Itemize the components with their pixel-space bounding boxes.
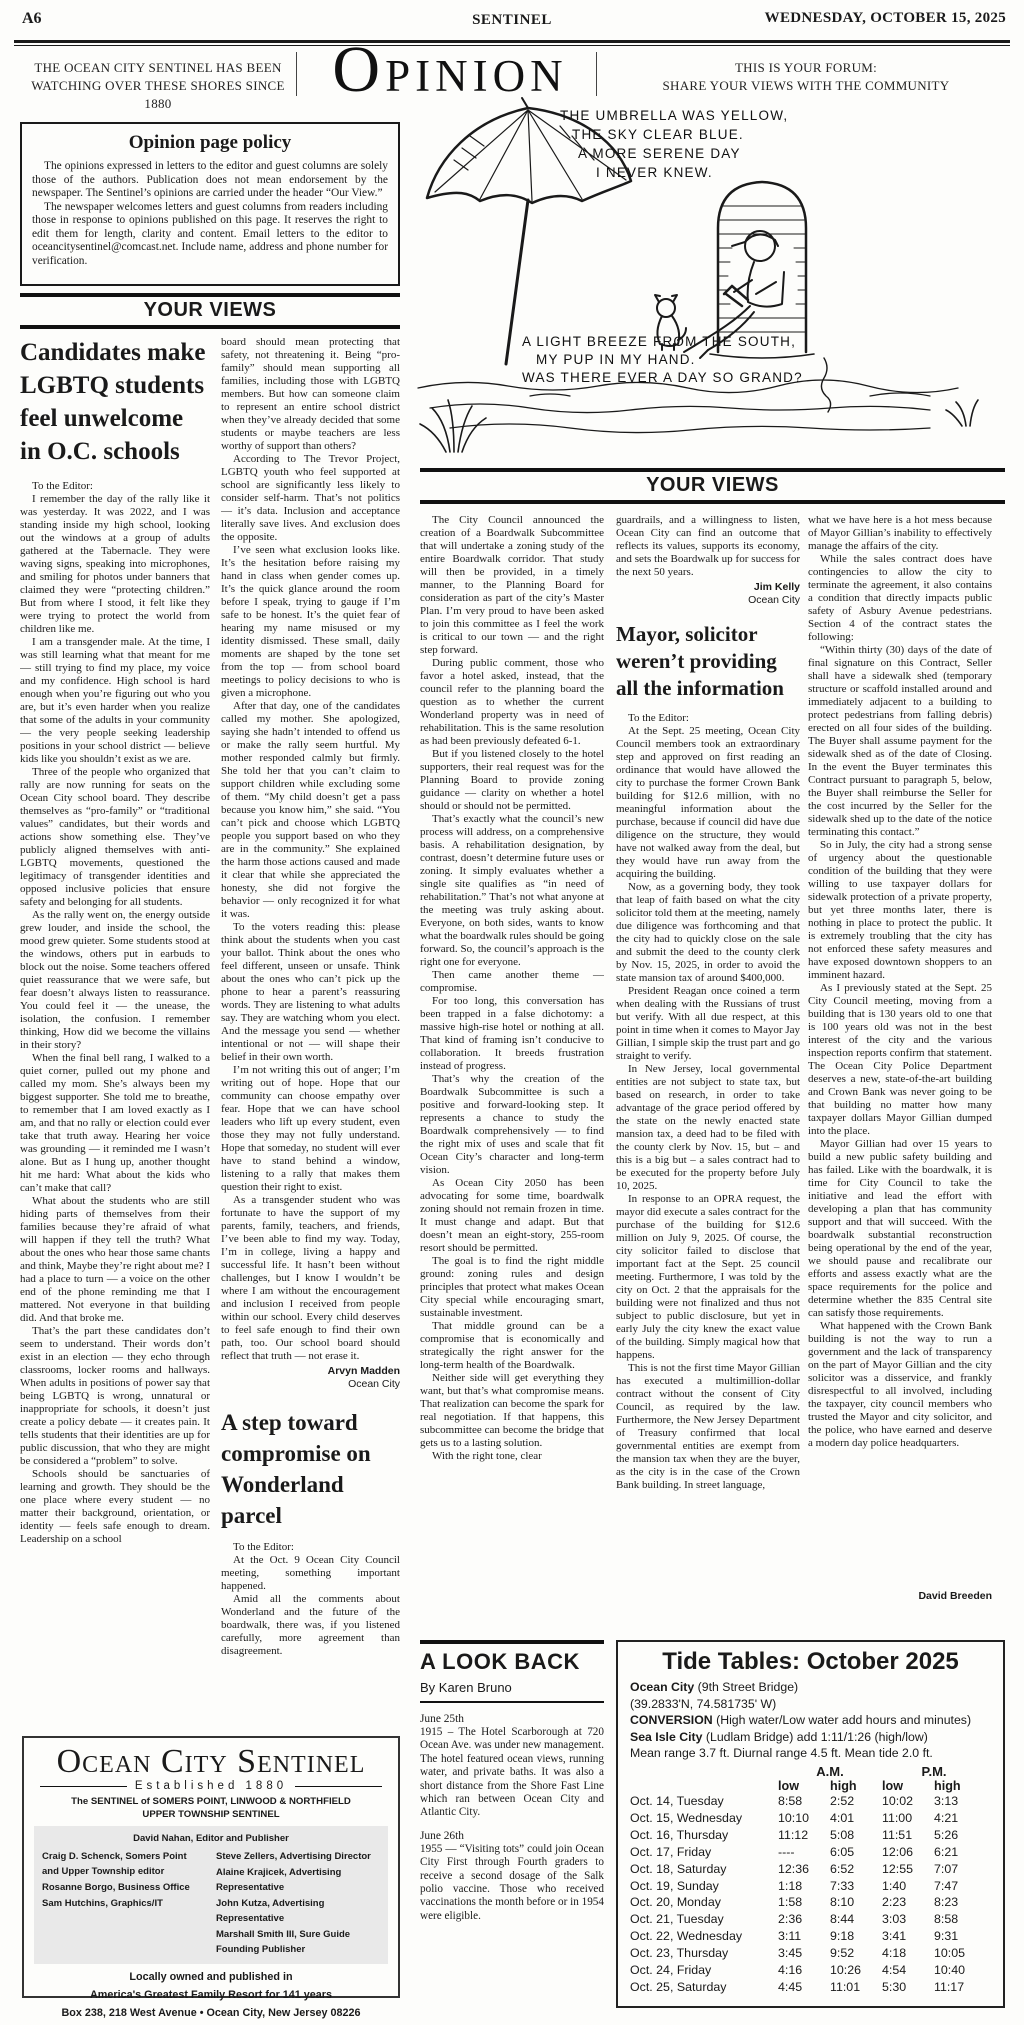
look-back-entry-text: 1955 — “Visiting tots” could join Ocean … — [420, 1843, 604, 1923]
beach-umbrella-drawing — [427, 98, 631, 364]
letter3-column1: The City Council announced the creation … — [420, 514, 604, 1628]
letter1-signature: Arvyn Madden Ocean City — [221, 1365, 400, 1391]
tide-conversion-line: CONVERSION (High water/Low water add hou… — [630, 1712, 991, 1729]
masthead-name: Ocean City Sentinel — [24, 1745, 398, 1779]
text-paragraph: After that day, one of the candidates ca… — [221, 700, 400, 921]
text-paragraph: I remember the day of the rally like it … — [20, 493, 210, 636]
letter3-signature-city: Ocean City — [616, 594, 800, 607]
tide-time-cell: 1:40 — [882, 1878, 934, 1895]
tide-sea-isle-line: Sea Isle City (Ludlam Bridge) add 1:11/1… — [630, 1729, 991, 1746]
letter3-continuation: guardrails, and a willingness to listen,… — [616, 514, 800, 579]
letter1-continuation: board should mean protecting that safety… — [221, 336, 400, 453]
letter1-col1-text: I remember the day of the rally like it … — [20, 493, 210, 1546]
text-paragraph: While the sales contract does have conti… — [808, 553, 992, 644]
text-paragraph: That’s exactly what the council’s new pr… — [420, 813, 604, 969]
text-paragraph: When the final bell rang, I walked to a … — [20, 1052, 210, 1195]
text-paragraph: The newspaper welcomes letters and guest… — [32, 201, 388, 269]
text-paragraph: Craig D. Schenck, Somers Point and Upper… — [42, 1849, 206, 1879]
text-paragraph: That middle ground can be a compromise t… — [420, 1320, 604, 1372]
tide-time-cell: 4:18 — [882, 1945, 934, 1962]
tide-time-cell: 6:21 — [934, 1844, 986, 1861]
text-paragraph: During public comment, those who favor a… — [420, 657, 604, 748]
beach-grass-drawing — [420, 400, 978, 452]
tide-time-cell: 8:10 — [830, 1894, 882, 1911]
tide-time-cell: 4:21 — [934, 1810, 986, 1827]
letter4-column2: what we have here is a hot mess because … — [808, 514, 992, 1628]
text-paragraph: Now, as a governing body, they took that… — [616, 881, 800, 985]
tide-time-cell: 11:51 — [882, 1827, 934, 1844]
tagline-left-line2: WATCHING OVER THESE SHORES SINCE 1880 — [22, 77, 294, 113]
letter4-salutation: To the Editor: — [616, 712, 800, 725]
text-paragraph: The opinions expressed in letters to the… — [32, 160, 388, 201]
text-paragraph: In response to an OPRA request, the mayo… — [616, 1193, 800, 1362]
letter4-signature: David Breeden — [808, 1590, 992, 1603]
letter3-col3-text: The City Council announced the creation … — [420, 514, 604, 1463]
tide-am-label: A.M. — [778, 1764, 882, 1779]
sand-lines-drawing — [418, 380, 958, 433]
opinion-policy-box: Opinion page policy The opinions express… — [20, 122, 400, 286]
text-paragraph: As Ocean City 2050 has been advocating f… — [420, 1177, 604, 1255]
page-date: WEDNESDAY, OCTOBER 15, 2025 — [765, 10, 1006, 27]
text-paragraph: As the rally went on, the energy outside… — [20, 909, 210, 1052]
newspaper-opinion-page: A6 SENTINEL WEDNESDAY, OCTOBER 15, 2025 … — [0, 0, 1024, 2025]
tide-table-row: Oct. 19, Sunday1:187:331:407:47 — [630, 1878, 991, 1895]
text-paragraph: At the Sept. 25 meeting, Ocean City Coun… — [616, 725, 800, 881]
masthead-subtitle-2: UPPER TOWNSHIP SENTINEL — [24, 1808, 398, 1821]
letter1-column2: board should mean protecting that safety… — [221, 336, 400, 1728]
tide-location-line: Ocean City (9th Street Bridge) — [630, 1679, 991, 1696]
established-rule-right — [295, 1786, 382, 1787]
text-paragraph: That’s why the creation of the Boardwalk… — [420, 1073, 604, 1177]
tide-time-cell: 4:54 — [882, 1962, 934, 1979]
tide-time-cell: ---- — [778, 1844, 830, 1861]
cartoon-caption-top: THE UMBRELLA WAS YELLOW, THE SKY CLEAR B… — [560, 108, 788, 180]
text-paragraph: I am a transgender male. At the time, I … — [20, 636, 210, 766]
text-paragraph: Mayor Gillian had over 15 years to build… — [808, 1138, 992, 1320]
text-paragraph: Rosanne Borgo, Business Office — [42, 1880, 206, 1895]
tide-table-row: Oct. 15, Wednesday10:104:0111:004:21 — [630, 1810, 991, 1827]
tide-time-cell: 9:31 — [934, 1928, 986, 1945]
tide-time-cell: 1:58 — [778, 1894, 830, 1911]
masthead-established: Established 1880 — [40, 1780, 382, 1792]
letter2-salutation: To the Editor: — [221, 1541, 400, 1554]
text-paragraph: The City Council announced the creation … — [420, 514, 604, 657]
look-back-title: A LOOK BACK — [420, 1649, 604, 1675]
letters-column4: guardrails, and a willingness to listen,… — [616, 514, 800, 1628]
tide-date-cell: Oct. 15, Wednesday — [630, 1810, 778, 1827]
look-back-entry-1: June 25th 1915 – The Hotel Scarborough a… — [420, 1713, 604, 1820]
tagline-right-line1: THIS IS YOUR FORUM: — [602, 59, 1010, 77]
letter1-signature-city: Ocean City — [221, 1378, 400, 1391]
tide-date-cell: Oct. 19, Sunday — [630, 1878, 778, 1895]
tide-time-cell: 4:01 — [830, 1810, 882, 1827]
tide-table-row: Oct. 16, Thursday11:125:0811:515:26 — [630, 1827, 991, 1844]
text-paragraph: But if you listened closely to the hotel… — [420, 748, 604, 813]
letter4-signature-name: David Breeden — [808, 1590, 992, 1603]
letter3-signature-name: Jim Kelly — [616, 581, 800, 594]
tide-time-cell: 4:16 — [778, 1962, 830, 1979]
tide-time-cell: 3:11 — [778, 1928, 830, 1945]
letter1-salutation: To the Editor: — [20, 480, 210, 493]
masthead-publisher: David Nahan, Editor and Publisher — [42, 1831, 380, 1846]
page-header: A6 SENTINEL WEDNESDAY, OCTOBER 15, 2025 — [14, 10, 1010, 34]
policy-paragraphs: The opinions expressed in letters to the… — [32, 160, 388, 268]
look-back-entry-date: June 26th — [420, 1830, 604, 1842]
tide-time-cell: 12:36 — [778, 1861, 830, 1878]
text-paragraph: The goal is to find the right middle gro… — [420, 1255, 604, 1320]
banner-divider-right — [596, 52, 597, 96]
text-paragraph: What happened with the Crown Bank buildi… — [808, 1320, 992, 1450]
letter4-headline: Mayor, solicitor weren’t providing all t… — [616, 621, 800, 702]
text-paragraph: According to The Trevor Project, LGBTQ y… — [221, 453, 400, 544]
tide-date-cell: Oct. 24, Friday — [630, 1962, 778, 1979]
tide-time-cell: 5:30 — [882, 1979, 934, 1996]
tide-mean-line: Mean range 3.7 ft. Diurnal range 4.5 ft.… — [630, 1745, 991, 1762]
tide-time-cell: 11:00 — [882, 1810, 934, 1827]
tide-table-row: Oct. 20, Monday1:588:102:238:23 — [630, 1894, 991, 1911]
tide-date-cell: Oct. 22, Wednesday — [630, 1928, 778, 1945]
tagline-left-line1: THE OCEAN CITY SENTINEL HAS BEEN — [22, 59, 294, 77]
look-back-rule-top — [420, 1640, 604, 1644]
tide-table-row: Oct. 25, Saturday4:4511:015:3011:17 — [630, 1979, 991, 1996]
svg-text:MY PUP IN MY HAND.: MY PUP IN MY HAND. — [536, 352, 696, 367]
svg-text:THE UMBRELLA WAS YELLOW,: THE UMBRELLA WAS YELLOW, — [560, 108, 788, 123]
tide-date-cell: Oct. 16, Thursday — [630, 1827, 778, 1844]
tide-time-cell: 7:33 — [830, 1878, 882, 1895]
tide-date-cell: Oct. 23, Thursday — [630, 1945, 778, 1962]
text-paragraph: That’s the part these candidates don’t s… — [20, 1325, 210, 1468]
letter2-headline: A step toward compromise on Wonderland p… — [221, 1407, 400, 1531]
tide-time-cell: 10:02 — [882, 1793, 934, 1810]
letter1-headline: Candidates make LGBTQ students feel unwe… — [20, 336, 210, 468]
text-paragraph: This is not the first time Mayor Gillian… — [616, 1362, 800, 1492]
tide-table-row: Oct. 22, Wednesday3:119:183:419:31 — [630, 1928, 991, 1945]
tide-table-row: Oct. 21, Tuesday2:368:443:038:58 — [630, 1911, 991, 1928]
look-back-byline: By Karen Bruno — [420, 1680, 604, 1695]
look-back-column: A LOOK BACK By Karen Bruno June 25th 191… — [420, 1640, 604, 2008]
tide-time-cell: 8:44 — [830, 1911, 882, 1928]
tide-time-cell: 8:23 — [934, 1894, 986, 1911]
tide-table-rows: Oct. 14, Tuesday8:582:5210:023:13Oct. 15… — [630, 1793, 991, 1996]
tagline-left: THE OCEAN CITY SENTINEL HAS BEEN WATCHIN… — [22, 59, 294, 113]
tide-time-cell: 7:07 — [934, 1861, 986, 1878]
tide-time-cell: 2:52 — [830, 1793, 882, 1810]
text-paragraph: “Within thirty (30) days of the date of … — [808, 644, 992, 839]
tide-time-cell: 11:17 — [934, 1979, 986, 1996]
masthead-box: Ocean City Sentinel Established 1880 The… — [22, 1736, 400, 1998]
look-back-entry-date: June 25th — [420, 1713, 604, 1725]
tide-coordinates: (39.2833'N, 74.581735' W) — [630, 1696, 991, 1713]
policy-title: Opinion page policy — [32, 130, 388, 156]
beach-chair-and-reader-drawing — [684, 182, 814, 358]
text-paragraph: In New Jersey, local governmental entiti… — [616, 1063, 800, 1193]
look-back-rule — [420, 1701, 604, 1703]
text-paragraph: John Kutza, Advertising Representative — [216, 1896, 380, 1926]
text-paragraph: Then came another theme — compromise. — [420, 969, 604, 995]
tide-table-row: Oct. 24, Friday4:1610:264:5410:40 — [630, 1962, 991, 1979]
letter4-col4-text: At the Sept. 25 meeting, Ocean City Coun… — [616, 725, 800, 1492]
text-paragraph: So in July, the city had a strong sense … — [808, 839, 992, 982]
tide-time-cell: 8:58 — [778, 1793, 830, 1810]
tide-tables-box: Tide Tables: October 2025 Ocean City (9t… — [616, 1640, 1005, 2008]
text-paragraph: For too long, this conversation has been… — [420, 995, 604, 1073]
tide-time-cell: 5:26 — [934, 1827, 986, 1844]
tide-date-cell: Oct. 17, Friday — [630, 1844, 778, 1861]
tide-time-cell: 1:18 — [778, 1878, 830, 1895]
section-title: OPINION — [302, 42, 598, 104]
tide-time-cell: 8:58 — [934, 1911, 986, 1928]
established-rule-left — [40, 1786, 127, 1787]
tide-time-cell: 3:03 — [882, 1911, 934, 1928]
tide-time-cell: 3:13 — [934, 1793, 986, 1810]
text-paragraph: What about the students who are still hi… — [20, 1195, 210, 1325]
tide-table-row: Oct. 18, Saturday12:366:5212:557:07 — [630, 1861, 991, 1878]
text-paragraph: Amid all the comments about Wonderland a… — [221, 1593, 400, 1658]
text-paragraph: As a transgender student who was fortuna… — [221, 1194, 400, 1363]
tide-time-cell: 4:45 — [778, 1979, 830, 1996]
tide-time-cell: 10:10 — [778, 1810, 830, 1827]
text-paragraph: Sam Hutchins, Graphics/IT — [42, 1896, 206, 1911]
svg-text:WAS THERE EVER A DAY SO GRAND?: WAS THERE EVER A DAY SO GRAND? — [522, 370, 803, 385]
tide-time-cell: 11:12 — [778, 1827, 830, 1844]
tide-time-cell: 5:08 — [830, 1827, 882, 1844]
tide-time-cell: 7:47 — [934, 1878, 986, 1895]
tide-time-cell: 10:26 — [830, 1962, 882, 1979]
tide-date-cell: Oct. 25, Saturday — [630, 1979, 778, 1996]
tide-pm-label: P.M. — [882, 1764, 986, 1779]
tide-table-row: Oct. 23, Thursday3:459:524:1810:05 — [630, 1945, 991, 1962]
tide-time-cell: 10:05 — [934, 1945, 986, 1962]
tide-time-cell: 2:23 — [882, 1894, 934, 1911]
tide-date-cell: Oct. 18, Saturday — [630, 1861, 778, 1878]
editorial-cartoon: THE UMBRELLA WAS YELLOW, THE SKY CLEAR B… — [410, 96, 1008, 462]
text-paragraph: Neither side will get everything they wa… — [420, 1372, 604, 1450]
tide-time-cell: 3:45 — [778, 1945, 830, 1962]
letter1-signature-name: Arvyn Madden — [221, 1365, 400, 1378]
tide-time-cell: 2:36 — [778, 1911, 830, 1928]
cartoonist-signature — [821, 358, 830, 412]
svg-text:A MORE SERENE DAY: A MORE SERENE DAY — [578, 146, 741, 161]
banner-divider-left — [296, 52, 297, 96]
tide-lowhigh-header: low high low high — [630, 1779, 991, 1793]
tide-table-row: Oct. 14, Tuesday8:582:5210:023:13 — [630, 1793, 991, 1810]
letter4-continuation: what we have here is a hot mess because … — [808, 514, 992, 553]
look-back-entry-2: June 26th 1955 — “Visiting tots” could j… — [420, 1830, 604, 1923]
opinion-banner: THE OCEAN CITY SENTINEL HAS BEEN WATCHIN… — [14, 50, 1010, 98]
masthead-footer: Locally owned and published in America's… — [24, 1968, 398, 2022]
look-back-entry-text: 1915 – The Hotel Scarborough at 720 Ocea… — [420, 1726, 604, 1820]
tide-time-cell: 6:05 — [830, 1844, 882, 1861]
svg-text:I NEVER KNEW.: I NEVER KNEW. — [596, 165, 713, 180]
masthead-subtitle-1: The SENTINEL of SOMERS POINT, LINWOOD & … — [24, 1795, 398, 1808]
cartoon-caption-bottom: A LIGHT BREEZE FROM THE SOUTH, MY PUP IN… — [522, 334, 803, 385]
text-paragraph: I’ve seen what exclusion looks like. It’… — [221, 544, 400, 700]
tide-time-cell: 12:55 — [882, 1861, 934, 1878]
text-paragraph: President Reagan once coined a term when… — [616, 985, 800, 1063]
tide-time-cell: 9:18 — [830, 1928, 882, 1945]
text-paragraph: At the Oct. 9 Ocean City Council meeting… — [221, 1554, 400, 1593]
letter4-col5-text: While the sales contract does have conti… — [808, 553, 992, 1450]
masthead-staff-panel: David Nahan, Editor and Publisher Craig … — [34, 1826, 388, 1964]
text-paragraph: Three of the people who organized that r… — [20, 766, 210, 909]
tide-time-cell: 6:52 — [830, 1861, 882, 1878]
letter1-column1: Candidates make LGBTQ students feel unwe… — [20, 336, 210, 1728]
tide-tables-title: Tide Tables: October 2025 — [630, 1648, 991, 1676]
text-paragraph: Alaine Krajicek, Advertising Representat… — [216, 1865, 380, 1895]
your-views-bar-left: YOUR VIEWS — [20, 293, 400, 329]
tide-time-cell: 9:52 — [830, 1945, 882, 1962]
text-paragraph: Marshall Smith III, Sure Guide Founding … — [216, 1927, 380, 1957]
masthead-staff-left: Craig D. Schenck, Somers Point and Upper… — [42, 1849, 206, 1958]
text-paragraph: Steve Zellers, Advertising Director — [216, 1849, 380, 1864]
tide-time-cell: 12:06 — [882, 1844, 934, 1861]
letter3-signature: Jim Kelly Ocean City — [616, 581, 800, 607]
tide-time-cell: 10:40 — [934, 1962, 986, 1979]
letter1-col2-text: According to The Trevor Project, LGBTQ y… — [221, 453, 400, 1363]
tagline-right-line2: SHARE YOUR VIEWS WITH THE COMMUNITY — [602, 77, 1010, 95]
tagline-right: THIS IS YOUR FORUM: SHARE YOUR VIEWS WIT… — [602, 59, 1010, 95]
tide-table-row: Oct. 17, Friday----6:0512:066:21 — [630, 1844, 991, 1861]
text-paragraph: I’m not writing this out of anger; I’m w… — [221, 1064, 400, 1194]
text-paragraph: To the voters reading this: please think… — [221, 921, 400, 1064]
your-views-bar-right: YOUR VIEWS — [420, 468, 1005, 504]
tide-time-cell: 3:41 — [882, 1928, 934, 1945]
text-paragraph: Schools should be sanctuaries of learnin… — [20, 1468, 210, 1546]
text-paragraph: As I previously stated at the Sept. 25 C… — [808, 982, 992, 1138]
tide-date-cell: Oct. 14, Tuesday — [630, 1793, 778, 1810]
text-paragraph: With the right tone, clear — [420, 1450, 604, 1463]
tide-date-cell: Oct. 21, Tuesday — [630, 1911, 778, 1928]
tide-time-cell: 11:01 — [830, 1979, 882, 1996]
tide-date-cell: Oct. 20, Monday — [630, 1894, 778, 1911]
masthead-staff-right: Steve Zellers, Advertising DirectorAlain… — [216, 1849, 380, 1958]
tide-ampm-header: A.M. P.M. — [630, 1764, 991, 1779]
letter2-text: At the Oct. 9 Ocean City Council meeting… — [221, 1554, 400, 1658]
